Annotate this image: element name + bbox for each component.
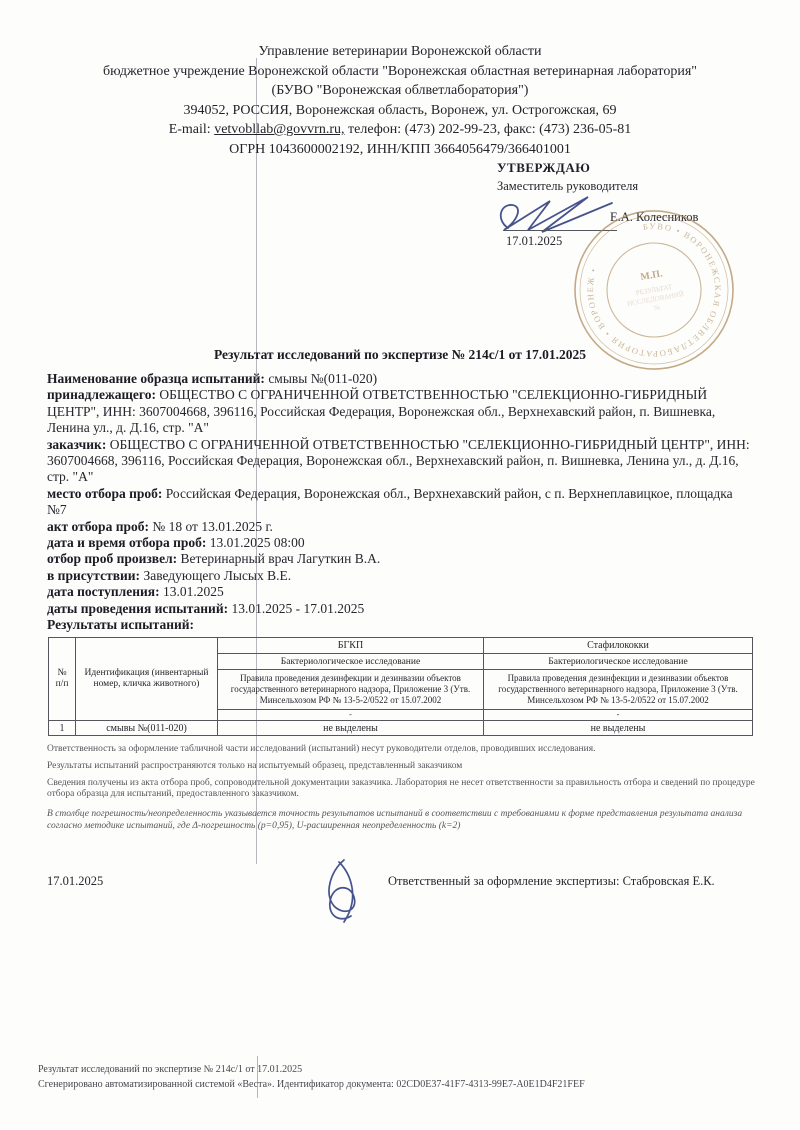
- detail-value: 13.01.2025 08:00: [210, 535, 305, 550]
- responsible-person-line: Ответственный за оформление экспертизы: …: [388, 874, 715, 889]
- detail-value: смывы №(011-020): [268, 371, 377, 386]
- document-title: Результат исследований по экспертизе № 2…: [40, 347, 760, 363]
- note-line: Ответственность за оформление табличной …: [47, 744, 761, 756]
- detail-value: 13.01.2025 - 17.01.2025: [231, 601, 364, 616]
- detail-row: место отбора проб: Российская Федерация,…: [47, 486, 755, 519]
- dash-cell: -: [484, 710, 753, 721]
- detail-label: даты проведения испытаний:: [47, 601, 228, 616]
- results-section-label: Результаты испытаний:: [47, 617, 755, 633]
- signoff-date: 17.01.2025: [47, 874, 103, 889]
- detail-row: заказчик: ОБЩЕСТВО С ОГРАНИЧЕННОЙ ОТВЕТС…: [47, 437, 755, 486]
- phone-fax-text: телефон: (473) 202-99-23, факс: (473) 23…: [348, 122, 631, 137]
- scanned-document-page: Управление ветеринарии Воронежской облас…: [0, 0, 800, 1130]
- row-number-cell: 1: [49, 721, 76, 736]
- org-address-line: 394052, РОССИЯ, Воронежская область, Вор…: [40, 101, 760, 121]
- detail-value: 13.01.2025: [163, 584, 224, 599]
- table-data-row: 1 смывы №(011-020) не выделены не выделе…: [49, 721, 753, 736]
- detail-label: Наименование образца испытаний:: [47, 371, 265, 386]
- col-header-indicator-2: Стафилококки: [484, 638, 753, 654]
- note-line: Сведения получены из акта отбора проб, с…: [47, 778, 761, 802]
- detail-row: отбор проб произвел: Ветеринарный врач Л…: [47, 551, 755, 567]
- stamp-inner-line: ИССЛЕДОВАНИЙ: [627, 290, 685, 308]
- footer-generated-line: Сгенерировано автоматизированной системо…: [38, 1077, 758, 1092]
- detail-label: принадлежащего:: [47, 387, 156, 402]
- detail-label: заказчик:: [47, 437, 106, 452]
- document-footer: Результат исследований по экспертизе № 2…: [38, 1062, 758, 1092]
- detail-label: в присутствии:: [47, 568, 140, 583]
- detail-value: Ветеринарный врач Лагуткин В.А.: [181, 551, 381, 566]
- detail-value: № 18 от 13.01.2025 г.: [152, 519, 273, 534]
- detail-label: дата и время отбора проб:: [47, 535, 206, 550]
- footer-expertise-line: Результат исследований по экспертизе № 2…: [38, 1062, 758, 1077]
- disclaimer-notes: Ответственность за оформление табличной …: [47, 744, 761, 838]
- detail-label: место отбора проб:: [47, 486, 162, 501]
- study-type-1: Бактериологическое исследование: [218, 654, 484, 670]
- org-registration-line: ОГРН 1043600002192, ИНН/КПП 3664056479/3…: [40, 140, 760, 160]
- org-name-line: бюджетное учреждение Воронежской области…: [40, 62, 760, 82]
- detail-value: Заведующего Лысых В.Е.: [143, 568, 291, 583]
- org-short-name-line: (БУВО "Воронежская облветлаборатория"): [40, 81, 760, 101]
- results-table: № п/п Идентификация (инвентарный номер, …: [48, 637, 753, 736]
- email-label: E-mail:: [169, 122, 211, 137]
- approver-name: Е.А. Колесников: [610, 210, 698, 225]
- detail-label: акт отбора проб:: [47, 519, 149, 534]
- org-contacts-line: E-mail: vetvobllab@govvrn.ru, телефон: (…: [40, 120, 760, 140]
- note-line: Результаты испытаний распространяются то…: [47, 761, 761, 773]
- result-cell-1: не выделены: [218, 721, 484, 736]
- method-reference-2: Правила проведения дезинфекции и дезинва…: [484, 670, 753, 710]
- detail-row: дата поступления: 13.01.2025: [47, 584, 755, 600]
- stamp-inner-line: №: [653, 303, 661, 312]
- org-authority-line: Управление ветеринарии Воронежской облас…: [40, 42, 760, 62]
- detail-value: ОБЩЕСТВО С ОГРАНИЧЕННОЙ ОТВЕТСТВЕННОСТЬЮ…: [47, 437, 750, 485]
- detail-row: Наименование образца испытаний: смывы №(…: [47, 371, 755, 387]
- sample-id-cell: смывы №(011-020): [76, 721, 218, 736]
- detail-label: отбор проб произвел:: [47, 551, 177, 566]
- col-header-number: № п/п: [49, 638, 76, 721]
- organization-header: Управление ветеринарии Воронежской облас…: [40, 42, 760, 159]
- col-header-identification: Идентификация (инвентарный номер, кличка…: [76, 638, 218, 721]
- method-reference-1: Правила проведения дезинфекции и дезинва…: [218, 670, 484, 710]
- detail-row: акт отбора проб: № 18 от 13.01.2025 г.: [47, 519, 755, 535]
- result-cell-2: не выделены: [484, 721, 753, 736]
- dash-cell: -: [218, 710, 484, 721]
- study-type-2: Бактериологическое исследование: [484, 654, 753, 670]
- email-link[interactable]: vetvobllab@govvrn.ru,: [214, 122, 344, 137]
- responsible-signature: [314, 854, 372, 926]
- detail-row: дата и время отбора проб: 13.01.2025 08:…: [47, 535, 755, 551]
- note-line: В столбце погрешность/неопределенность у…: [47, 809, 761, 833]
- detail-label: дата поступления:: [47, 584, 160, 599]
- sample-details: Наименование образца испытаний: смывы №(…: [47, 371, 755, 634]
- detail-row: принадлежащего: ОБЩЕСТВО С ОГРАНИЧЕННОЙ …: [47, 387, 755, 436]
- approval-date: 17.01.2025: [506, 234, 562, 249]
- col-header-indicator-1: БГКП: [218, 638, 484, 654]
- detail-row: даты проведения испытаний: 13.01.2025 - …: [47, 601, 755, 617]
- signature-line: [503, 230, 617, 231]
- stamp-mp-label: М.П.: [640, 268, 664, 283]
- approval-heading: УТВЕРЖДАЮ: [497, 160, 590, 176]
- table-header-group-row: № п/п Идентификация (инвентарный номер, …: [49, 638, 753, 654]
- stamp-inner-line: РЕЗУЛЬТАТ: [635, 283, 673, 297]
- detail-row: в присутствии: Заведующего Лысых В.Е.: [47, 568, 755, 584]
